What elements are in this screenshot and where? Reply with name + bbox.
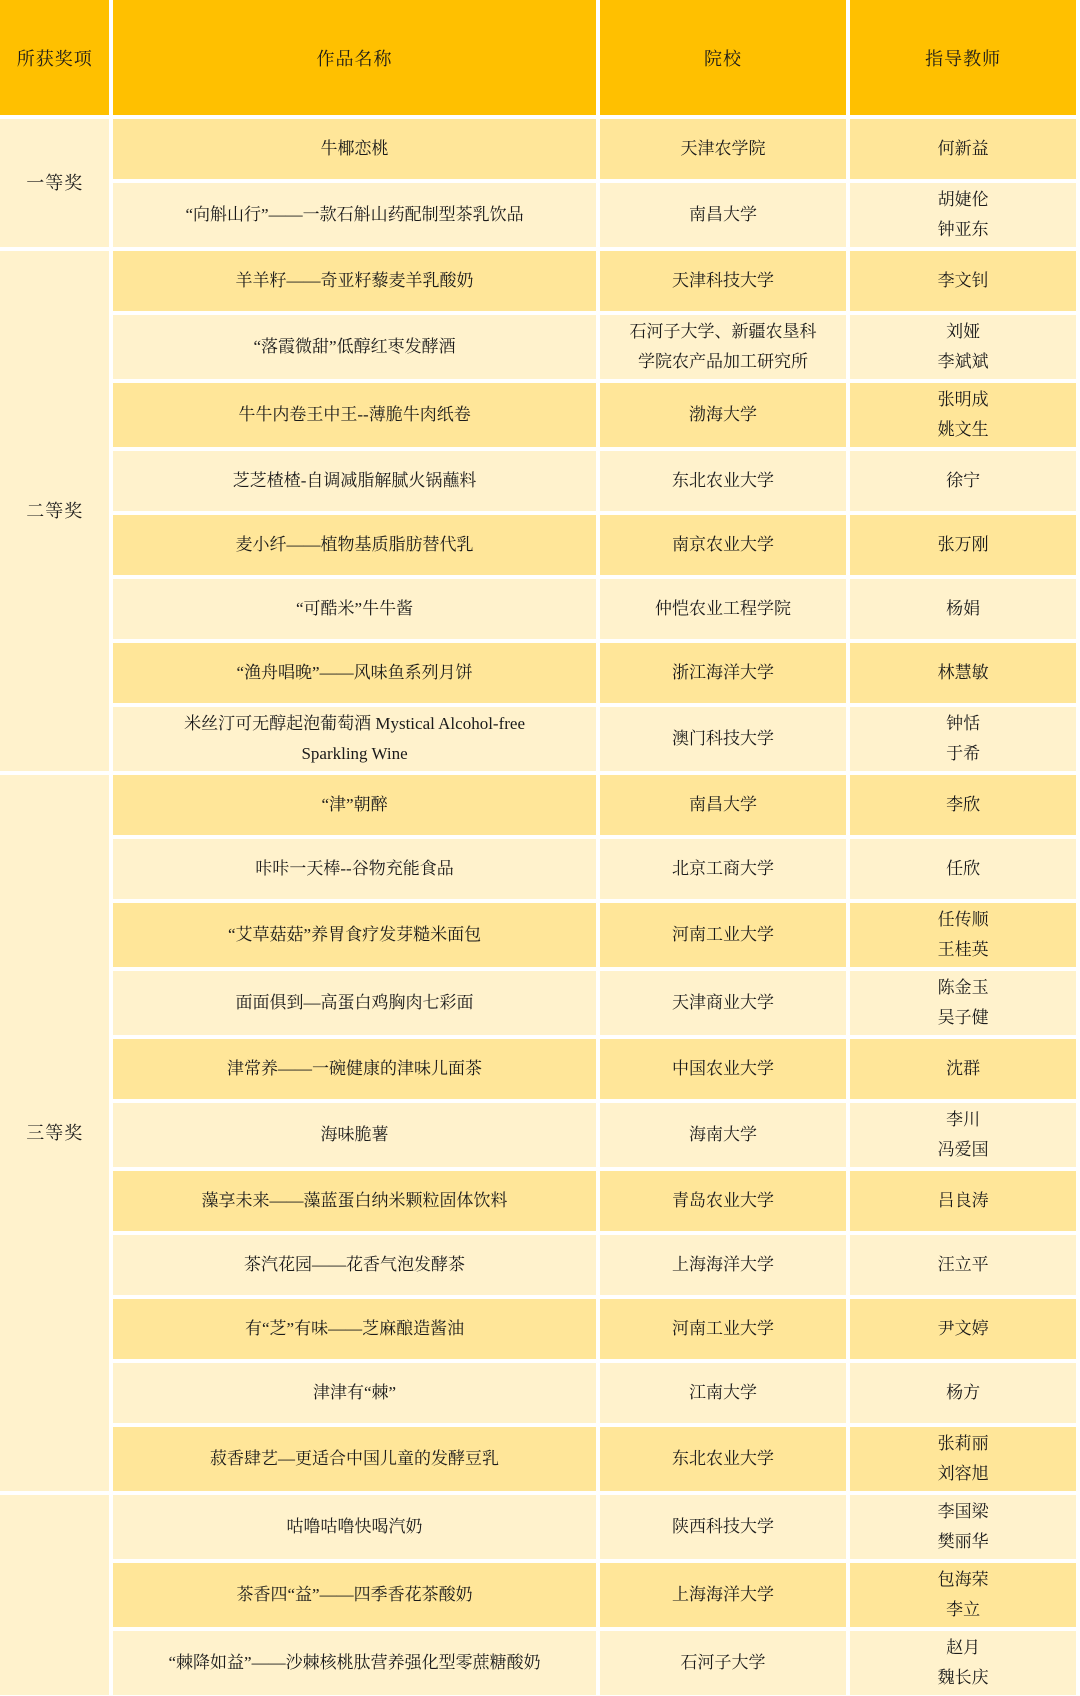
teachers-cell: 沈群 (850, 1039, 1076, 1099)
school-cell: 南京农业大学 (600, 515, 847, 575)
teachers-cell: 任欣 (850, 839, 1076, 899)
table-row: 面面俱到—高蛋白鸡胸肉七彩面天津商业大学陈金玉 吴子健 (0, 971, 1076, 1035)
school-cell: 南昌大学 (600, 183, 847, 247)
table-row: “落霞微甜”低醇红枣发酵酒石河子大学、新疆农垦科 学院农产品加工研究所刘娅 李斌… (0, 315, 1076, 379)
school-cell: 石河子大学 (600, 1631, 847, 1695)
work-name-cell: “津”朝醉 (113, 775, 595, 835)
work-name-cell: 牛牛内卷王中王--薄脆牛肉纸卷 (113, 383, 595, 447)
work-name-cell: 咕噜咕噜快喝汽奶 (113, 1495, 595, 1559)
school-cell: 青岛农业大学 (600, 1171, 847, 1231)
work-name-cell: “棘降如益”——沙棘核桃肽营养强化型零蔗糖酸奶 (113, 1631, 595, 1695)
work-name-cell: 咔咔一天棒--谷物充能食品 (113, 839, 595, 899)
teachers-cell: 李文钊 (850, 251, 1076, 311)
work-name-cell: “落霞微甜”低醇红枣发酵酒 (113, 315, 595, 379)
work-name-cell: 津津有“棘” (113, 1363, 595, 1423)
teachers-cell: 胡婕伦 钟亚东 (850, 183, 1076, 247)
table-row: 麦小纤——植物基质脂肪替代乳南京农业大学张万刚 (0, 515, 1076, 575)
work-name-cell: 芝芝楂楂-自调减脂解腻火锅蘸料 (113, 451, 595, 511)
teachers-cell: 李川 冯爱国 (850, 1103, 1076, 1167)
award-section-label: 三等奖 (0, 775, 109, 1491)
table-row: 海味脆薯海南大学李川 冯爱国 (0, 1103, 1076, 1167)
award-section-label: 一等奖 (0, 119, 109, 247)
table-row: 津常养——一碗健康的津味儿面茶中国农业大学沈群 (0, 1039, 1076, 1099)
school-cell: 上海海洋大学 (600, 1235, 847, 1295)
teachers-cell: 张万刚 (850, 515, 1076, 575)
awards-table: 所获奖项 作品名称 院校 指导教师 一等奖牛椰恋桃天津农学院何新益“向斛山行”—… (0, 0, 1080, 1696)
table-row: 茶汽花园——花香气泡发酵茶上海海洋大学汪立平 (0, 1235, 1076, 1295)
work-name-cell: “渔舟唱晚”——风味鱼系列月饼 (113, 643, 595, 703)
work-name-cell: “可酷米”牛牛酱 (113, 579, 595, 639)
work-name-cell: 有“芝”有味——芝麻酿造酱油 (113, 1299, 595, 1359)
table-row: 茶香四“益”——四季香花茶酸奶上海海洋大学包海荣 李立 (0, 1563, 1076, 1627)
school-cell: 仲恺农业工程学院 (600, 579, 847, 639)
work-name-cell: 茶香四“益”——四季香花茶酸奶 (113, 1563, 595, 1627)
teachers-cell: 李欣 (850, 775, 1076, 835)
work-name-cell: 麦小纤——植物基质脂肪替代乳 (113, 515, 595, 575)
teachers-cell: 李国梁 樊丽华 (850, 1495, 1076, 1559)
table-row: 津津有“棘”江南大学杨方 (0, 1363, 1076, 1423)
school-cell: 东北农业大学 (600, 1427, 847, 1491)
teachers-cell: 任传顺 王桂英 (850, 903, 1076, 967)
work-name-cell: 藻享未来——藻蓝蛋白纳米颗粒固体饮料 (113, 1171, 595, 1231)
table-row: “向斛山行”——一款石斛山药配制型茶乳饮品南昌大学胡婕伦 钟亚东 (0, 183, 1076, 247)
award-section-label: 二等奖 (0, 251, 109, 771)
table-row: “棘降如益”——沙棘核桃肽营养强化型零蔗糖酸奶石河子大学赵月 魏长庆 (0, 1631, 1076, 1695)
table-row: 米丝汀可无醇起泡葡萄酒 Mystical Alcohol-free Sparkl… (0, 707, 1076, 771)
column-header-work: 作品名称 (113, 0, 595, 115)
school-cell: 上海海洋大学 (600, 1563, 847, 1627)
work-name-cell: 津常养——一碗健康的津味儿面茶 (113, 1039, 595, 1099)
school-cell: 天津商业大学 (600, 971, 847, 1035)
page: 所获奖项 作品名称 院校 指导教师 一等奖牛椰恋桃天津农学院何新益“向斛山行”—… (0, 0, 1080, 1696)
table-row: 藻享未来——藻蓝蛋白纳米颗粒固体饮料青岛农业大学吕良涛 (0, 1171, 1076, 1231)
school-cell: 浙江海洋大学 (600, 643, 847, 703)
work-name-cell: 茶汽花园——花香气泡发酵茶 (113, 1235, 595, 1295)
teachers-cell: 杨方 (850, 1363, 1076, 1423)
work-name-cell: 菽香肆艺—更适合中国儿童的发酵豆乳 (113, 1427, 595, 1491)
table-row: 菽香肆艺—更适合中国儿童的发酵豆乳东北农业大学张莉丽 刘容旭 (0, 1427, 1076, 1491)
school-cell: 陕西科技大学 (600, 1495, 847, 1559)
teachers-cell: 包海荣 李立 (850, 1563, 1076, 1627)
teachers-cell: 吕良涛 (850, 1171, 1076, 1231)
school-cell: 澳门科技大学 (600, 707, 847, 771)
table-row: 咕噜咕噜快喝汽奶陕西科技大学李国梁 樊丽华 (0, 1495, 1076, 1559)
award-section-label (0, 1495, 109, 1695)
header-row: 所获奖项 作品名称 院校 指导教师 (0, 0, 1076, 115)
work-name-cell: 羊羊籽——奇亚籽藜麦羊乳酸奶 (113, 251, 595, 311)
school-cell: 河南工业大学 (600, 1299, 847, 1359)
school-cell: 河南工业大学 (600, 903, 847, 967)
teachers-cell: 徐宁 (850, 451, 1076, 511)
school-cell: 南昌大学 (600, 775, 847, 835)
table-row: “艾草菇菇”养胃食疗发芽糙米面包河南工业大学任传顺 王桂英 (0, 903, 1076, 967)
table-row: 咔咔一天棒--谷物充能食品北京工商大学任欣 (0, 839, 1076, 899)
teachers-cell: 张明成 姚文生 (850, 383, 1076, 447)
teachers-cell: 尹文婷 (850, 1299, 1076, 1359)
school-cell: 天津农学院 (600, 119, 847, 179)
work-name-cell: “向斛山行”——一款石斛山药配制型茶乳饮品 (113, 183, 595, 247)
teachers-cell: 陈金玉 吴子健 (850, 971, 1076, 1035)
school-cell: 渤海大学 (600, 383, 847, 447)
table-row: 一等奖牛椰恋桃天津农学院何新益 (0, 119, 1076, 179)
table-row: 牛牛内卷王中王--薄脆牛肉纸卷渤海大学张明成 姚文生 (0, 383, 1076, 447)
school-cell: 海南大学 (600, 1103, 847, 1167)
teachers-cell: 赵月 魏长庆 (850, 1631, 1076, 1695)
teachers-cell: 林慧敏 (850, 643, 1076, 703)
teachers-cell: 钟恬 于希 (850, 707, 1076, 771)
school-cell: 石河子大学、新疆农垦科 学院农产品加工研究所 (600, 315, 847, 379)
work-name-cell: “艾草菇菇”养胃食疗发芽糙米面包 (113, 903, 595, 967)
school-cell: 天津科技大学 (600, 251, 847, 311)
work-name-cell: 面面俱到—高蛋白鸡胸肉七彩面 (113, 971, 595, 1035)
table-row: “可酷米”牛牛酱仲恺农业工程学院杨娟 (0, 579, 1076, 639)
table-row: “渔舟唱晚”——风味鱼系列月饼浙江海洋大学林慧敏 (0, 643, 1076, 703)
work-name-cell: 海味脆薯 (113, 1103, 595, 1167)
teachers-cell: 汪立平 (850, 1235, 1076, 1295)
school-cell: 北京工商大学 (600, 839, 847, 899)
table-row: 有“芝”有味——芝麻酿造酱油河南工业大学尹文婷 (0, 1299, 1076, 1359)
work-name-cell: 米丝汀可无醇起泡葡萄酒 Mystical Alcohol-free Sparkl… (113, 707, 595, 771)
school-cell: 江南大学 (600, 1363, 847, 1423)
teachers-cell: 何新益 (850, 119, 1076, 179)
table-row: 二等奖羊羊籽——奇亚籽藜麦羊乳酸奶天津科技大学李文钊 (0, 251, 1076, 311)
teachers-cell: 刘娅 李斌斌 (850, 315, 1076, 379)
school-cell: 中国农业大学 (600, 1039, 847, 1099)
work-name-cell: 牛椰恋桃 (113, 119, 595, 179)
table-row: 三等奖“津”朝醉南昌大学李欣 (0, 775, 1076, 835)
teachers-cell: 杨娟 (850, 579, 1076, 639)
teachers-cell: 张莉丽 刘容旭 (850, 1427, 1076, 1491)
school-cell: 东北农业大学 (600, 451, 847, 511)
table-row: 芝芝楂楂-自调减脂解腻火锅蘸料东北农业大学徐宁 (0, 451, 1076, 511)
column-header-school: 院校 (600, 0, 847, 115)
column-header-award: 所获奖项 (0, 0, 109, 115)
column-header-teacher: 指导教师 (850, 0, 1076, 115)
